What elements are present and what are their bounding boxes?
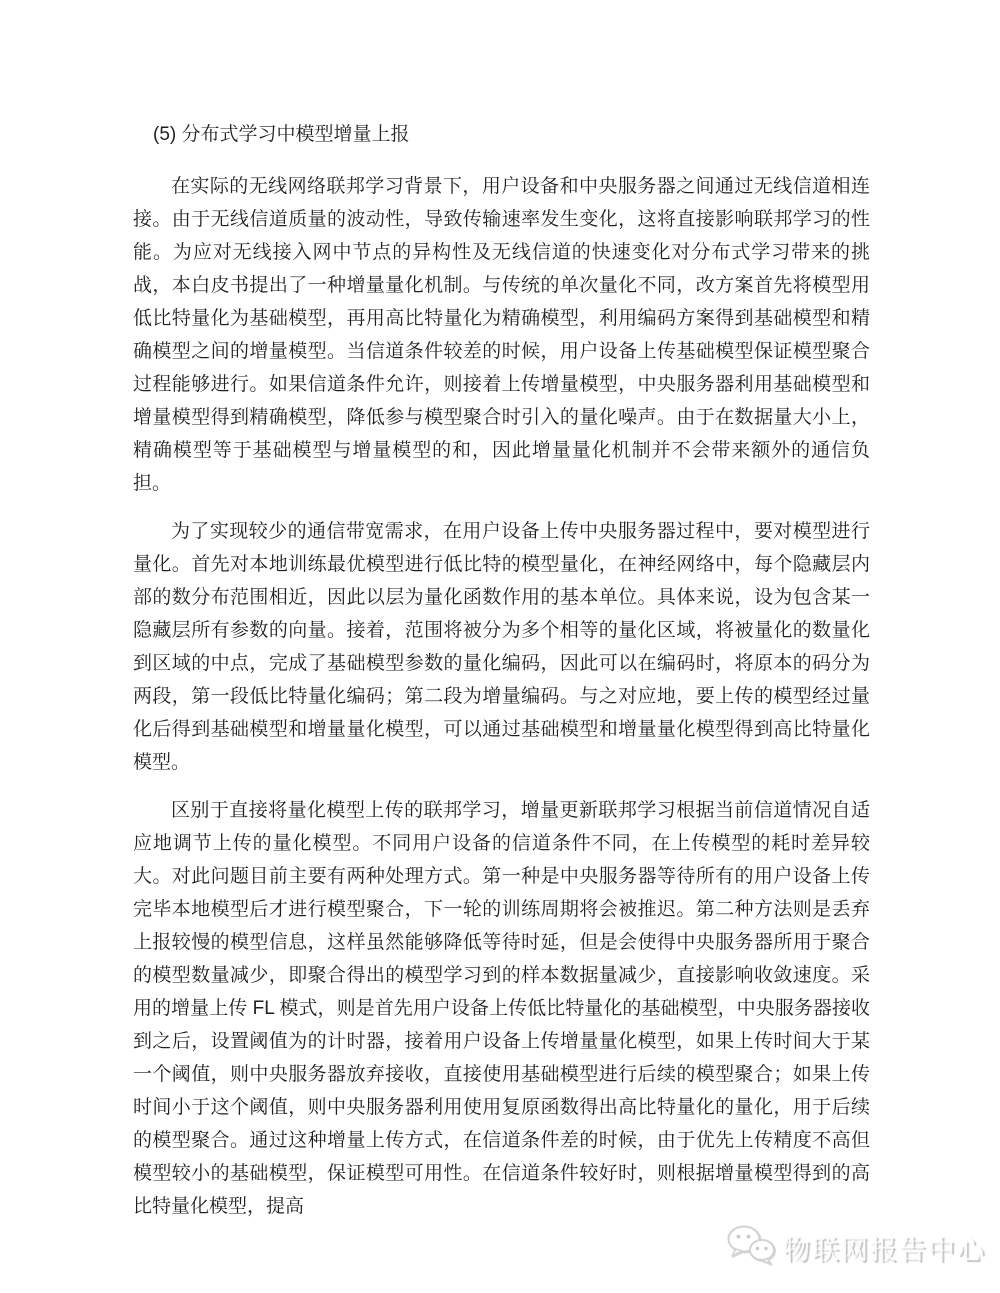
watermark-text: 物联网报告中心 <box>783 1228 986 1267</box>
watermark: 物联网报告中心 <box>726 1224 986 1271</box>
wechat-icon <box>726 1224 778 1271</box>
section-heading: (5) 分布式学习中模型增量上报 <box>153 118 870 151</box>
paragraph-2: 为了实现较少的通信带宽需求，在用户设备上传中央服务器过程中，要对模型进行量化。首… <box>133 515 870 779</box>
paragraph-1: 在实际的无线网络联邦学习背景下，用户设备和中央服务器之间通过无线信道相连接。由于… <box>133 170 870 500</box>
document-page: (5) 分布式学习中模型增量上报 在实际的无线网络联邦学习背景下，用户设备和中央… <box>0 0 1000 1293</box>
paragraph-3: 区别于直接将量化模型上传的联邦学习，增量更新联邦学习根据当前信道情况自适应地调节… <box>133 794 870 1223</box>
page-content: (5) 分布式学习中模型增量上报 在实际的无线网络联邦学习背景下，用户设备和中央… <box>133 118 870 1238</box>
